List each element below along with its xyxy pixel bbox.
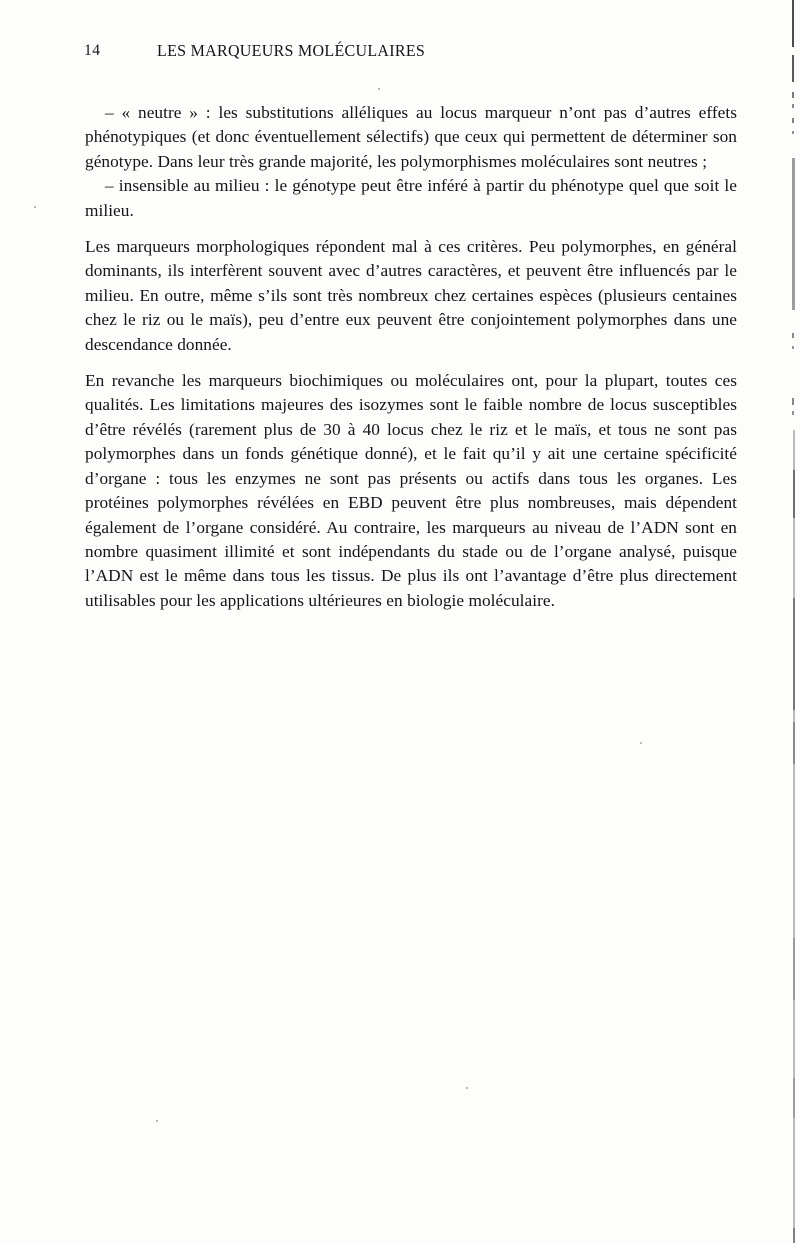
scan-artifact-line [792, 346, 794, 349]
paragraph-biochimiques: En revanche les marqueurs biochimiques o… [85, 369, 737, 613]
scan-artifact-line [792, 55, 794, 82]
bullet-item-insensible: – insensible au milieu : le génotype peu… [85, 174, 737, 223]
running-title: LES MARQUEURS MOLÉCULAIRES [157, 41, 425, 61]
page-number: 14 [84, 42, 101, 60]
bullet-item-neutre: – « neutre » : les substitutions alléliq… [85, 101, 737, 174]
scan-speck [378, 88, 380, 90]
scan-artifact-line [792, 158, 795, 310]
scan-artifact-line [793, 1078, 795, 1118]
scan-artifact-line [792, 333, 794, 338]
scan-speck [466, 1087, 468, 1089]
scan-artifact-line [793, 470, 795, 518]
scan-speck [156, 1120, 158, 1122]
scan-artifact-line [792, 0, 794, 47]
scan-artifact-line [793, 722, 795, 764]
scan-artifact-line [792, 411, 794, 415]
document-page: 14 LES MARQUEURS MOLÉCULAIRES – « neutre… [0, 0, 800, 1243]
scan-artifact-line [792, 92, 794, 98]
scan-speck [640, 742, 642, 744]
scan-artifact-line [792, 398, 794, 405]
scan-speck [34, 206, 36, 208]
scan-artifact-line [792, 118, 794, 123]
page-header: 14 LES MARQUEURS MOLÉCULAIRES [0, 42, 800, 64]
scan-artifact-line [792, 131, 794, 134]
page-body: – « neutre » : les substitutions alléliq… [85, 101, 737, 613]
paragraph-morphologiques: Les marqueurs morphologiques répondent m… [85, 235, 737, 357]
scan-artifact-line [793, 598, 795, 710]
scan-artifact-line [793, 430, 795, 1243]
scan-artifact-line [792, 104, 794, 108]
scan-artifact-line [793, 938, 795, 1000]
scan-artifact-line [793, 1228, 795, 1243]
